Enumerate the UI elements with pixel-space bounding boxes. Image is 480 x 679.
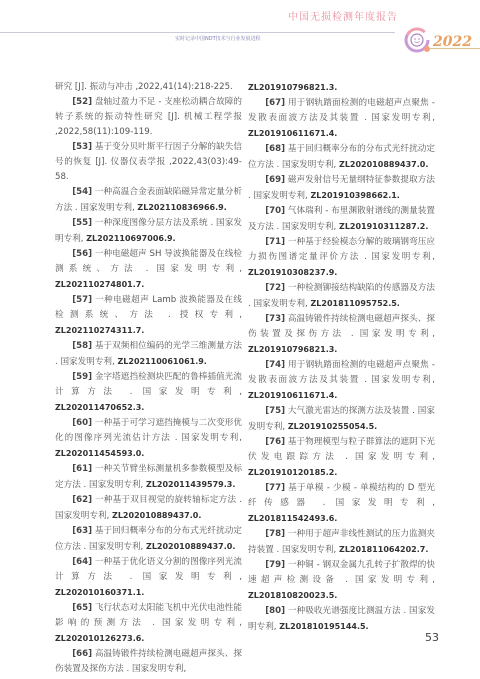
reference-number: [55] <box>72 218 92 228</box>
reference-number: [76] <box>265 437 285 447</box>
reference-entry: [61] 一种关节臂坐标测量机多参数模型及标定方法 . 国家发明专利, ZL20… <box>55 462 242 493</box>
reference-number: [64] <box>72 557 92 567</box>
reference-entry: [52] 盘轴过盈力不足 - 支座松动耦合故障的转子系统的振动特性研究 [J].… <box>55 95 242 140</box>
reference-number: [79] <box>265 560 285 570</box>
report-title: 中国无损检测年度报告 <box>288 8 398 23</box>
reference-text: 研究 [J]. 振动与冲击 ,2022,41(14):218-225. <box>55 82 233 92</box>
reference-entry: [64] 一种基于优化语义分割的图像序列光流计算方法 . 国家发明专利, ZL2… <box>55 555 242 601</box>
reference-number: [63] <box>72 526 92 536</box>
patent-number: ZL202110061061.9. <box>118 357 207 366</box>
reference-number: [60] <box>72 418 92 428</box>
patent-number: ZL202010889437.0. <box>339 160 428 169</box>
reference-entry: [68] 基于回归概率分布的分布式光纤扰动定位方法 . 国家发明专利, ZL20… <box>248 142 435 173</box>
reference-number: [74] <box>265 360 285 370</box>
reference-number: [67] <box>265 98 285 108</box>
patent-number: ZL202110697006.9. <box>86 234 175 243</box>
reference-entry: [56] 一种电磁超声 SH 导波换能器及在线检测系统、方法 . 国家发明专利,… <box>55 247 242 293</box>
page-number: 53 <box>425 631 439 644</box>
reference-number: [65] <box>72 603 92 613</box>
patent-number: ZL201910796821.3. <box>248 345 337 354</box>
reference-number: [72] <box>265 283 285 293</box>
patent-number: ZL202010889437.0. <box>146 542 235 551</box>
reference-number: [75] <box>265 406 285 416</box>
reference-entry: [62] 一种基于双目视觉的旋转轴标定方法 . 国家发明专利, ZL202010… <box>55 493 242 524</box>
reference-number: [53] <box>72 142 92 152</box>
reference-number: [66] <box>72 649 92 659</box>
header-accent-line <box>430 48 480 49</box>
reference-number: [77] <box>265 483 285 493</box>
reference-entry: [65] 飞行状态对太阳能飞机中光伏电池性能影响的预测方法 . 国家发明专利, … <box>55 601 242 647</box>
reference-entry: [59] 金字塔遮挡检测块匹配的鲁棒插值光流计算方法 . 国家发明专利, ZL2… <box>55 370 242 416</box>
reference-entry: [66] 高温铸锻件持续检测电磁超声探头、探伤装置及探伤方法 . 国家发明专利, <box>55 647 242 677</box>
patent-number: ZL202110836966.9. <box>137 203 226 212</box>
patent-number: ZL201910398662.1. <box>311 191 400 200</box>
references-right-column: ZL201910796821.3.[67] 用于钢轨踏面检测的电磁超声点聚焦 -… <box>248 80 435 635</box>
reference-number: [70] <box>265 206 285 216</box>
patent-number: ZL202011454593.0. <box>55 449 144 458</box>
reference-entry: [67] 用于钢轨踏面检测的电磁超声点聚焦 - 发散表面波方法及其装置 . 国家… <box>248 96 435 142</box>
reference-entry: [75] 大气激光雷达的探测方法及装置 . 国家发明专利, ZL20191025… <box>248 404 435 435</box>
patent-number: ZL202010160371.1. <box>55 588 144 597</box>
reference-number: [57] <box>72 295 92 305</box>
patent-number: ZL202110274801.7. <box>55 280 144 289</box>
patent-number: ZL202011470652.3. <box>55 403 144 412</box>
reference-entry: [60] 一种基于可学习遮挡掩模与二次变形优化的图像序列光流估计方法 . 国家发… <box>55 416 242 462</box>
patent-number: ZL202010889437.0. <box>112 511 201 520</box>
patent-number: ZL202110274311.7. <box>55 326 144 335</box>
reference-entry: [72] 一种检测铆接结构缺陷的传感器及方法 . 国家发明专利, ZL20181… <box>248 281 435 312</box>
reference-entry: [79] 一种铜 - 钢双金属九孔转子扩散焊的快速超声检测设备 . 国家发明专利… <box>248 558 435 604</box>
reference-number: [56] <box>72 249 92 259</box>
reference-number: [71] <box>265 237 285 247</box>
patent-number: ZL202011439579.3. <box>146 480 235 489</box>
reference-number: [62] <box>72 495 92 505</box>
patent-number: ZL201910611671.4. <box>248 391 337 400</box>
reference-number: [68] <box>265 144 285 154</box>
patent-number: ZL201910255054.5. <box>288 422 377 431</box>
reference-entry: [80] 一种吸收光谱强度比测温方法 . 国家发明专利, ZL201810195… <box>248 604 435 635</box>
report-subtitle: 实时记录中国NDT技术与行业发展进程 <box>175 35 261 42</box>
reference-number: [61] <box>72 464 92 474</box>
patent-number: ZL201810820023.5. <box>248 591 337 600</box>
patent-number: ZL201811095752.5. <box>311 299 400 308</box>
reference-entry: [57] 一种电磁超声 Lamb 波换能器及在线检测系统、方法 . 授权专利, … <box>55 293 242 339</box>
patent-number: ZL201910120185.2. <box>248 468 337 477</box>
reference-entry: 研究 [J]. 振动与冲击 ,2022,41(14):218-225. <box>55 80 242 95</box>
reference-number: [58] <box>72 341 92 351</box>
reference-entry: [76] 基于物理模型与粒子群算法的遮阴下光伏发电跟踪方法 . 国家发明专利, … <box>248 435 435 481</box>
page-header: 中国无损检测年度报告 实时记录中国NDT技术与行业发展进程 2022 <box>0 0 480 60</box>
reference-number: [59] <box>72 372 92 382</box>
reference-number: [69] <box>265 175 285 185</box>
reference-entry: [53] 基于变分贝叶斯平行因子分解的缺失信号的恢复 [J]. 仪器仪表学报 ,… <box>55 140 242 185</box>
reference-entry: ZL201910796821.3. <box>248 80 435 96</box>
reference-entry: [63] 基于回归概率分布的分布式光纤扰动定位方法 . 国家发明专利, ZL20… <box>55 524 242 555</box>
reference-entry: [74] 用于钢轨踏面检测的电磁超声点聚焦 - 发散表面波方法及其装置 . 国家… <box>248 358 435 404</box>
patent-number: ZL201910311287.2. <box>339 222 428 231</box>
patent-number: ZL201910308237.9. <box>248 268 337 277</box>
patent-number: ZL201910611671.4. <box>248 129 337 138</box>
header-divider <box>0 32 395 33</box>
reference-entry: [78] 一种用于超声非线性测试的压力监测夹持装置 . 国家发明专利, ZL20… <box>248 527 435 558</box>
patent-number: ZL201811064202.7. <box>339 545 428 554</box>
reference-entry: [73] 高温铸锻件持续检测电磁超声探头、探伤装置及探伤方法 . 国家发明专利,… <box>248 312 435 358</box>
reference-entry: [58] 基于双频相位编码的光学三维测量方法 . 国家发明专利, ZL20211… <box>55 339 242 370</box>
reference-number: [73] <box>265 314 285 324</box>
reference-entry: [54] 一种高温合金表面缺陷磁异常定量分析方法 . 国家发明专利, ZL202… <box>55 185 242 216</box>
reference-number: [78] <box>265 529 285 539</box>
references-left-column: 研究 [J]. 振动与冲击 ,2022,41(14):218-225.[52] … <box>55 80 242 677</box>
reference-entry: [71] 一种基于经验模态分解的玻璃钢弯压应力损伤图谱定量评价方法 . 国家发明… <box>248 235 435 281</box>
reference-entry: [55] 一种深度图像分层方法及系统 . 国家发明专利, ZL202110697… <box>55 216 242 247</box>
report-logo-icon <box>404 27 430 53</box>
patent-number: ZL201811542493.6. <box>248 514 337 523</box>
patent-number: ZL201910796821.3. <box>248 83 337 92</box>
reference-entry: [77] 基于单模 - 少模 - 单模结构的 D 型光纤传感器 . 国家发明专利… <box>248 481 435 527</box>
reference-entry: [69] 磁声发射信号无量纲特征参数提取方法 . 国家发明专利, ZL20191… <box>248 173 435 204</box>
patent-number: ZL201810195144.5. <box>279 622 368 631</box>
reference-number: [80] <box>265 606 285 616</box>
reference-number: [54] <box>72 187 92 197</box>
reference-entry: [70] 气体瑞利 - 布里渊散射谱线的测量装置及方法 . 国家发明专利, ZL… <box>248 204 435 235</box>
patent-number: ZL202010126273.6. <box>55 634 144 643</box>
reference-number: [52] <box>72 97 92 107</box>
